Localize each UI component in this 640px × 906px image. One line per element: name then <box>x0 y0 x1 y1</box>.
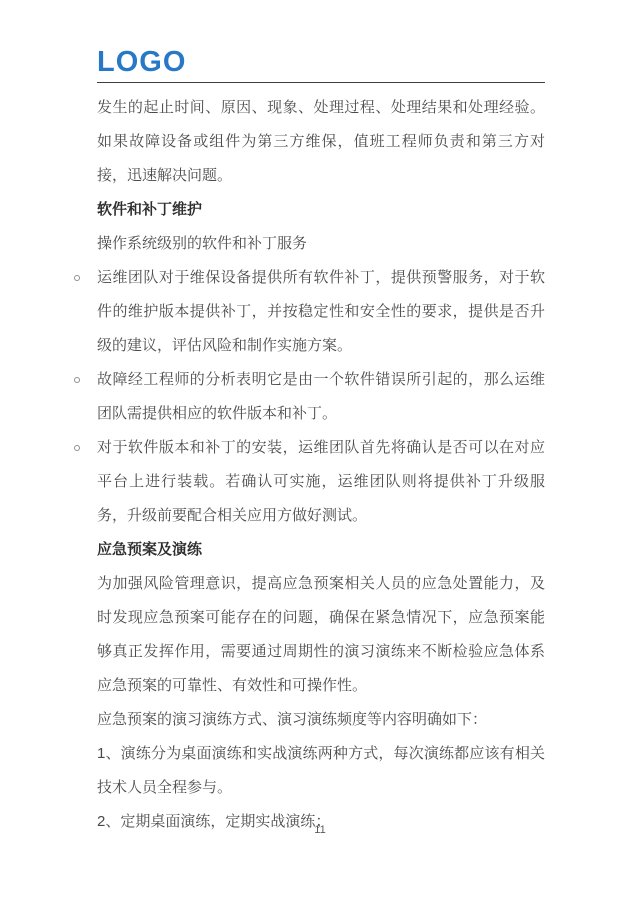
bullet-item: 运维团队对于维保设备提供所有软件补丁，提供预警服务，对于软件的维护版本提供补丁，… <box>97 261 545 363</box>
bullet-text: 故障经工程师的分析表明它是由一个软件错误所引起的，那么运维团队需提供相应的软件版… <box>97 363 545 431</box>
company-logo: LOGO <box>97 48 545 77</box>
paragraph: 发生的起止时间、原因、现象、处理过程、处理结果和处理经验。如果故障设备或组件为第… <box>97 91 545 193</box>
paragraph: 1、演练分为桌面演练和实战演练两种方式，每次演练都应该有相关技术人员全程参与。 <box>97 737 545 805</box>
bullet-text: 运维团队对于维保设备提供所有软件补丁，提供预警服务，对于软件的维护版本提供补丁，… <box>97 261 545 363</box>
paragraph: 操作系统级别的软件和补丁服务 <box>97 227 545 261</box>
bullet-item: 故障经工程师的分析表明它是由一个软件错误所引起的，那么运维团队需提供相应的软件版… <box>97 363 545 431</box>
section-heading: 应急预案及演练 <box>97 533 545 567</box>
paragraph: 应急预案的演习演练方式、演习演练频度等内容明确如下： <box>97 703 545 737</box>
bullet-circle-icon <box>74 377 80 383</box>
section-heading: 软件和补丁维护 <box>97 193 545 227</box>
document-header: LOGO <box>97 48 545 83</box>
bullet-text: 对于软件版本和补丁的安装，运维团队首先将确认是否可以在对应平台上进行装载。若确认… <box>97 431 545 533</box>
paragraph: 为加强风险管理意识，提高应急预案相关人员的应急处置能力，及时发现应急预案可能存在… <box>97 567 545 703</box>
document-footer: 11 <box>0 820 640 838</box>
document-body: 发生的起止时间、原因、现象、处理过程、处理结果和处理经验。如果故障设备或组件为第… <box>97 91 545 839</box>
bullet-item: 对于软件版本和补丁的安装，运维团队首先将确认是否可以在对应平台上进行装载。若确认… <box>97 431 545 533</box>
bullet-circle-icon <box>74 275 80 281</box>
bullet-circle-icon <box>74 445 80 451</box>
document-page: LOGO 发生的起止时间、原因、现象、处理过程、处理结果和处理经验。如果故障设备… <box>0 0 640 906</box>
page-number: 11 <box>314 824 325 836</box>
